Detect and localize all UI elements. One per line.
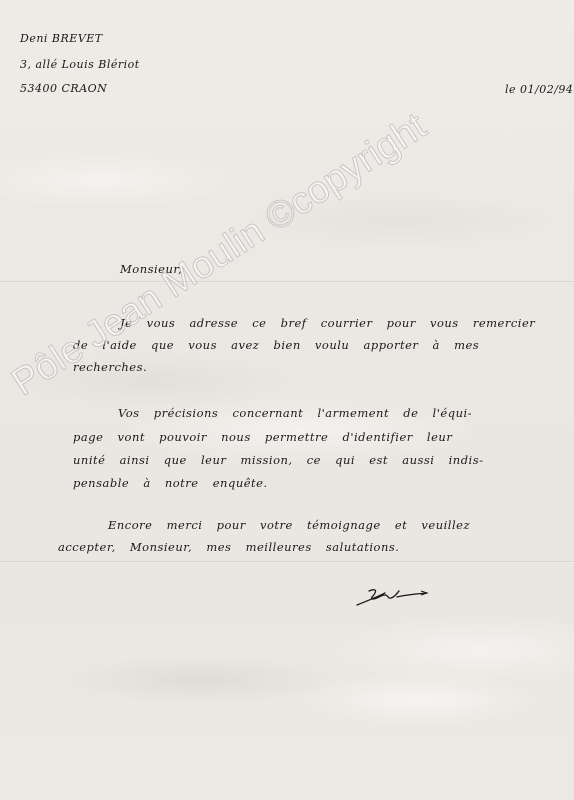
paragraph-3-line-2: accepter, Monsieur, mes meilleures salut… [58, 540, 399, 554]
handwritten-signature [355, 585, 430, 607]
fold-line-upper [0, 281, 574, 284]
sender-address: 3, allé Louis Blériot [20, 58, 140, 71]
sender-name: Deni BREVET [20, 32, 103, 45]
paragraph-2-line-2: page vont pouvoir nous permettre d'ident… [73, 430, 452, 444]
paragraph-2-line-4: pensable à notre enquête. [73, 476, 268, 490]
salutation: Monsieur, [120, 262, 182, 276]
letter-paper [0, 0, 574, 800]
paragraph-1-line-1: Je vous adresse ce bref courrier pour vo… [120, 316, 535, 330]
paragraph-1-line-2: de l'aide que vous avez bien voulu appor… [73, 338, 479, 352]
paragraph-2-line-3: unité ainsi que leur mission, ce qui est… [73, 453, 484, 467]
sender-postal-city: 53400 CRAON [20, 82, 107, 95]
fold-line-lower [0, 561, 574, 564]
paragraph-1-line-3: recherches. [73, 360, 147, 374]
letter-date: le 01/02/94 [505, 83, 573, 96]
paragraph-3-line-1: Encore merci pour votre témoignage et ve… [108, 518, 470, 532]
paragraph-2-line-1: Vos précisions concernant l'armement de … [118, 406, 472, 420]
